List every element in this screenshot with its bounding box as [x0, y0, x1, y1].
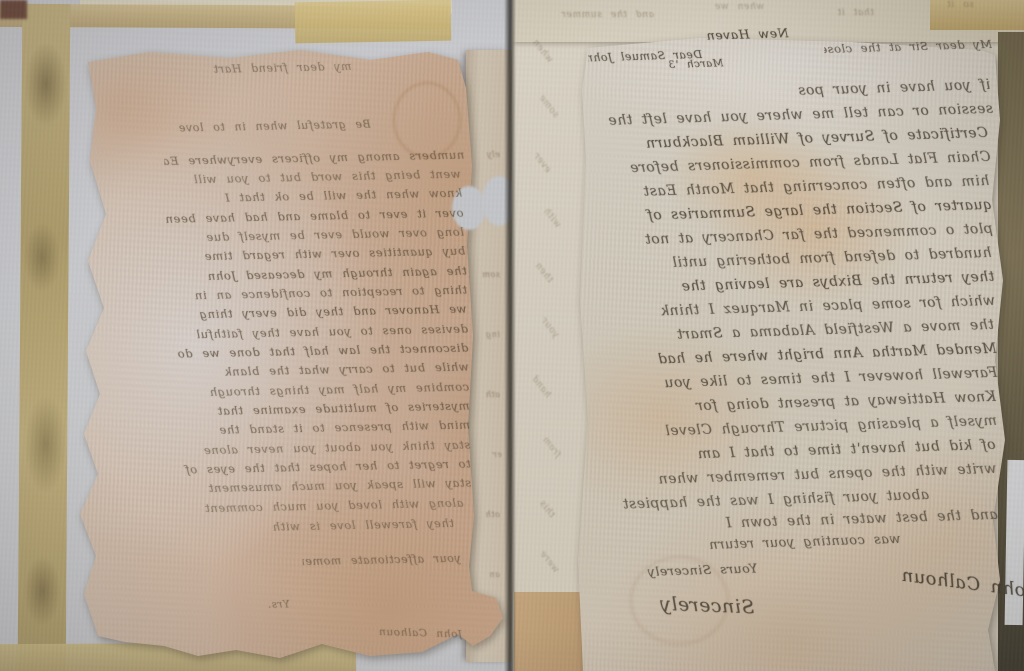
- handwriting-line: they farewell love is with: [154, 516, 454, 537]
- handwriting-line: while but to carry what the blank: [129, 360, 469, 382]
- handwriting-line: we Hanover and they did every thing: [124, 302, 466, 324]
- handwriting-line: went being this word but to you will: [149, 167, 461, 188]
- handwriting-line: devises ones to you have they faithful: [130, 322, 468, 344]
- right-letter-photo: whensomeeverwiththenyourhandfromthiswere…: [512, 0, 1024, 671]
- handwriting-line: stay think you about you never alone: [126, 438, 470, 460]
- handwriting-line: long over would ever be myself due: [138, 225, 464, 247]
- date-line: March '34: [669, 57, 723, 72]
- handwriting-line: thing to reception to confidence an in: [131, 283, 467, 305]
- mirrored-handwriting-right: New HavenDear Samuel JohnMarch '34My dea…: [512, 0, 1024, 671]
- handwriting-line: over it ever to blame and had have been: [143, 206, 463, 228]
- handwriting-line: Yrs.: [252, 599, 290, 613]
- closing-flourish: Sincerely: [586, 590, 755, 621]
- signature-john-calhoun: John Calhoun: [835, 557, 1024, 605]
- handwriting-line: and the best water in the town I: [706, 507, 998, 534]
- photo-seam: [504, 0, 516, 671]
- handwriting-line: the again through my deceased John: [127, 264, 467, 286]
- handwriting-line: along with loved you much comment: [133, 496, 463, 518]
- place-line: New Haven: [688, 25, 788, 44]
- letters-photograph: elythesomingatherothan my dear friend Ha…: [0, 0, 1024, 671]
- handwriting-line: mysteries of multitude examine that: [127, 399, 469, 421]
- signature-left: John Calhoun: [354, 625, 462, 642]
- handwriting-line: numbers among my officers everywhere Eas…: [164, 148, 464, 169]
- handwriting-line: buy quantities over with regard time: [133, 244, 465, 266]
- handwriting-line: mind with presence to it stand the: [120, 418, 470, 440]
- handwriting-line: your affectionate moments: [303, 552, 461, 570]
- handwriting-line: Yours Sincerely: [619, 560, 757, 581]
- handwriting-line: was counting your return: [646, 532, 900, 557]
- handwriting-line: know when the will be ok that I: [157, 186, 462, 207]
- left-letter-photo: elythesomingatherothan my dear friend Ha…: [0, 0, 512, 671]
- handwriting-line: My dear Sir at the close: [824, 37, 992, 57]
- handwriting-line: to regret to her hopes that the eyes of: [119, 457, 471, 479]
- handwriting-line: Be grateful when in to love: [179, 118, 371, 136]
- handwriting-line: my dear friend Hart: [199, 60, 351, 77]
- handwriting-line: combine my half may things through: [121, 380, 469, 402]
- mirrored-handwriting-left: my dear friend HartBe grateful when in t…: [0, 0, 512, 671]
- handwriting-line: if you have in your pos: [752, 77, 990, 103]
- handwriting-line: stay will speak you much amusement: [125, 476, 471, 498]
- handwriting-line: disconnect the law half that done we do: [122, 341, 468, 363]
